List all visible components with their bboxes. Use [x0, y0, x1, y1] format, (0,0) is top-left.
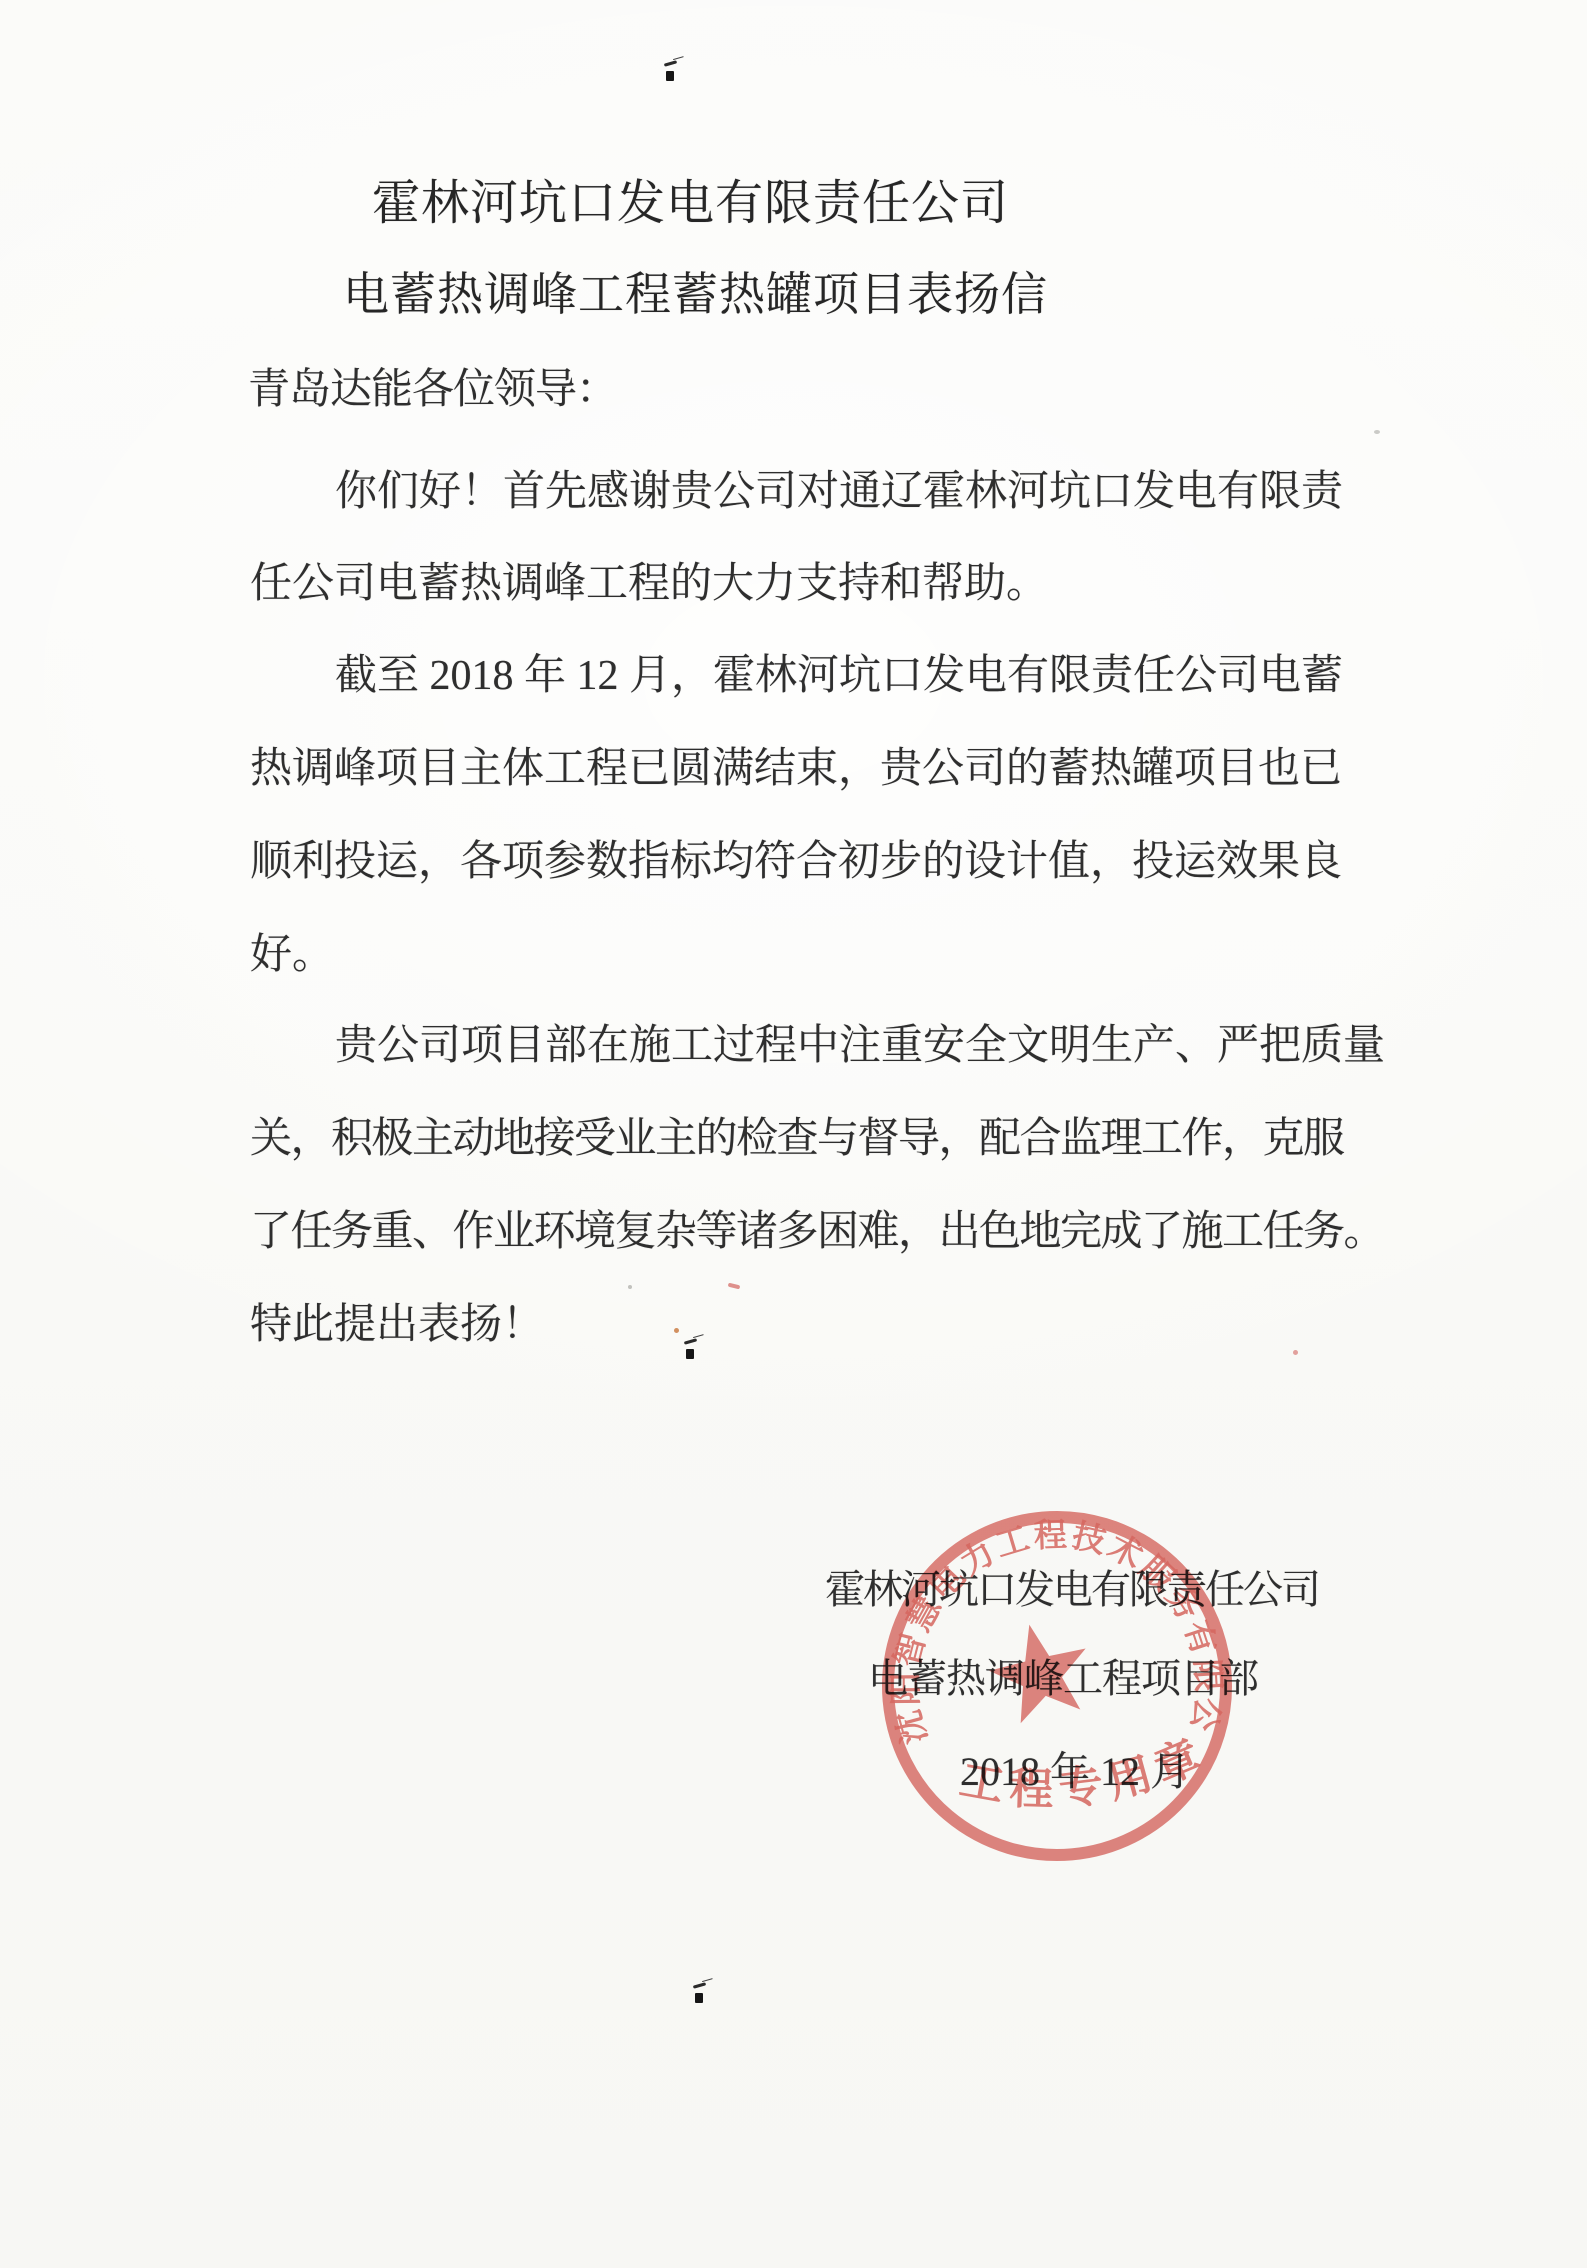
paragraph2-line3: 顺利投运，各项参数指标均符合初步的设计值，投运效果良	[250, 838, 1342, 888]
paragraph2-line2: 热调峰项目主体工程已圆满结束，贵公司的蓄热罐项目也已	[250, 745, 1342, 795]
salutation: 青岛达能各位领导：	[248, 366, 617, 416]
letter-title-subject: 电蓄热调峰工程蓄热罐项目表扬信	[343, 268, 1048, 322]
scanned-letter-page: 霍林河坑口发电有限责任公司 电蓄热调峰工程蓄热罐项目表扬信 青岛达能各位领导： …	[0, 0, 1587, 2268]
scan-speck	[1374, 430, 1380, 434]
scan-speck	[1293, 1350, 1298, 1355]
paragraph2-line4: 好。	[250, 931, 334, 981]
paragraph3-line1: 贵公司项目部在施工过程中注重安全文明生产、严把质量	[335, 1022, 1385, 1072]
company-seal-stamp: 沈阳智慧电力工程技术服务有限公司 工程专用章	[827, 1456, 1286, 1915]
closing-commendation-line: 特此提出表扬！	[250, 1301, 544, 1351]
star-icon	[981, 1614, 1099, 1728]
ink-scribble-mark	[683, 1338, 701, 1364]
paragraph2-line1: 截至 2018 年 12 月，霍林河坑口发电有限责任公司电蓄	[335, 652, 1343, 702]
ink-scribble-mark	[663, 60, 681, 86]
paragraph1-line1: 你们好！首先感谢贵公司对通辽霍林河坑口发电有限责	[335, 468, 1343, 518]
scan-speck	[728, 1283, 741, 1290]
paragraph1-line2: 任公司电蓄热调峰工程的大力支持和帮助。	[250, 560, 1048, 610]
ink-scribble-mark	[692, 1982, 710, 2008]
letter-title-company: 霍林河坑口发电有限责任公司	[372, 176, 1009, 233]
paragraph3-line2: 关，积极主动地接受业主的检查与督导，配合监理工作，克服	[250, 1115, 1344, 1165]
scan-speck	[674, 1328, 679, 1333]
paragraph3-line3: 了任务重、作业环境复杂等诸多困难，出色地完成了施工任务。	[250, 1208, 1384, 1258]
scan-speck	[628, 1285, 632, 1289]
